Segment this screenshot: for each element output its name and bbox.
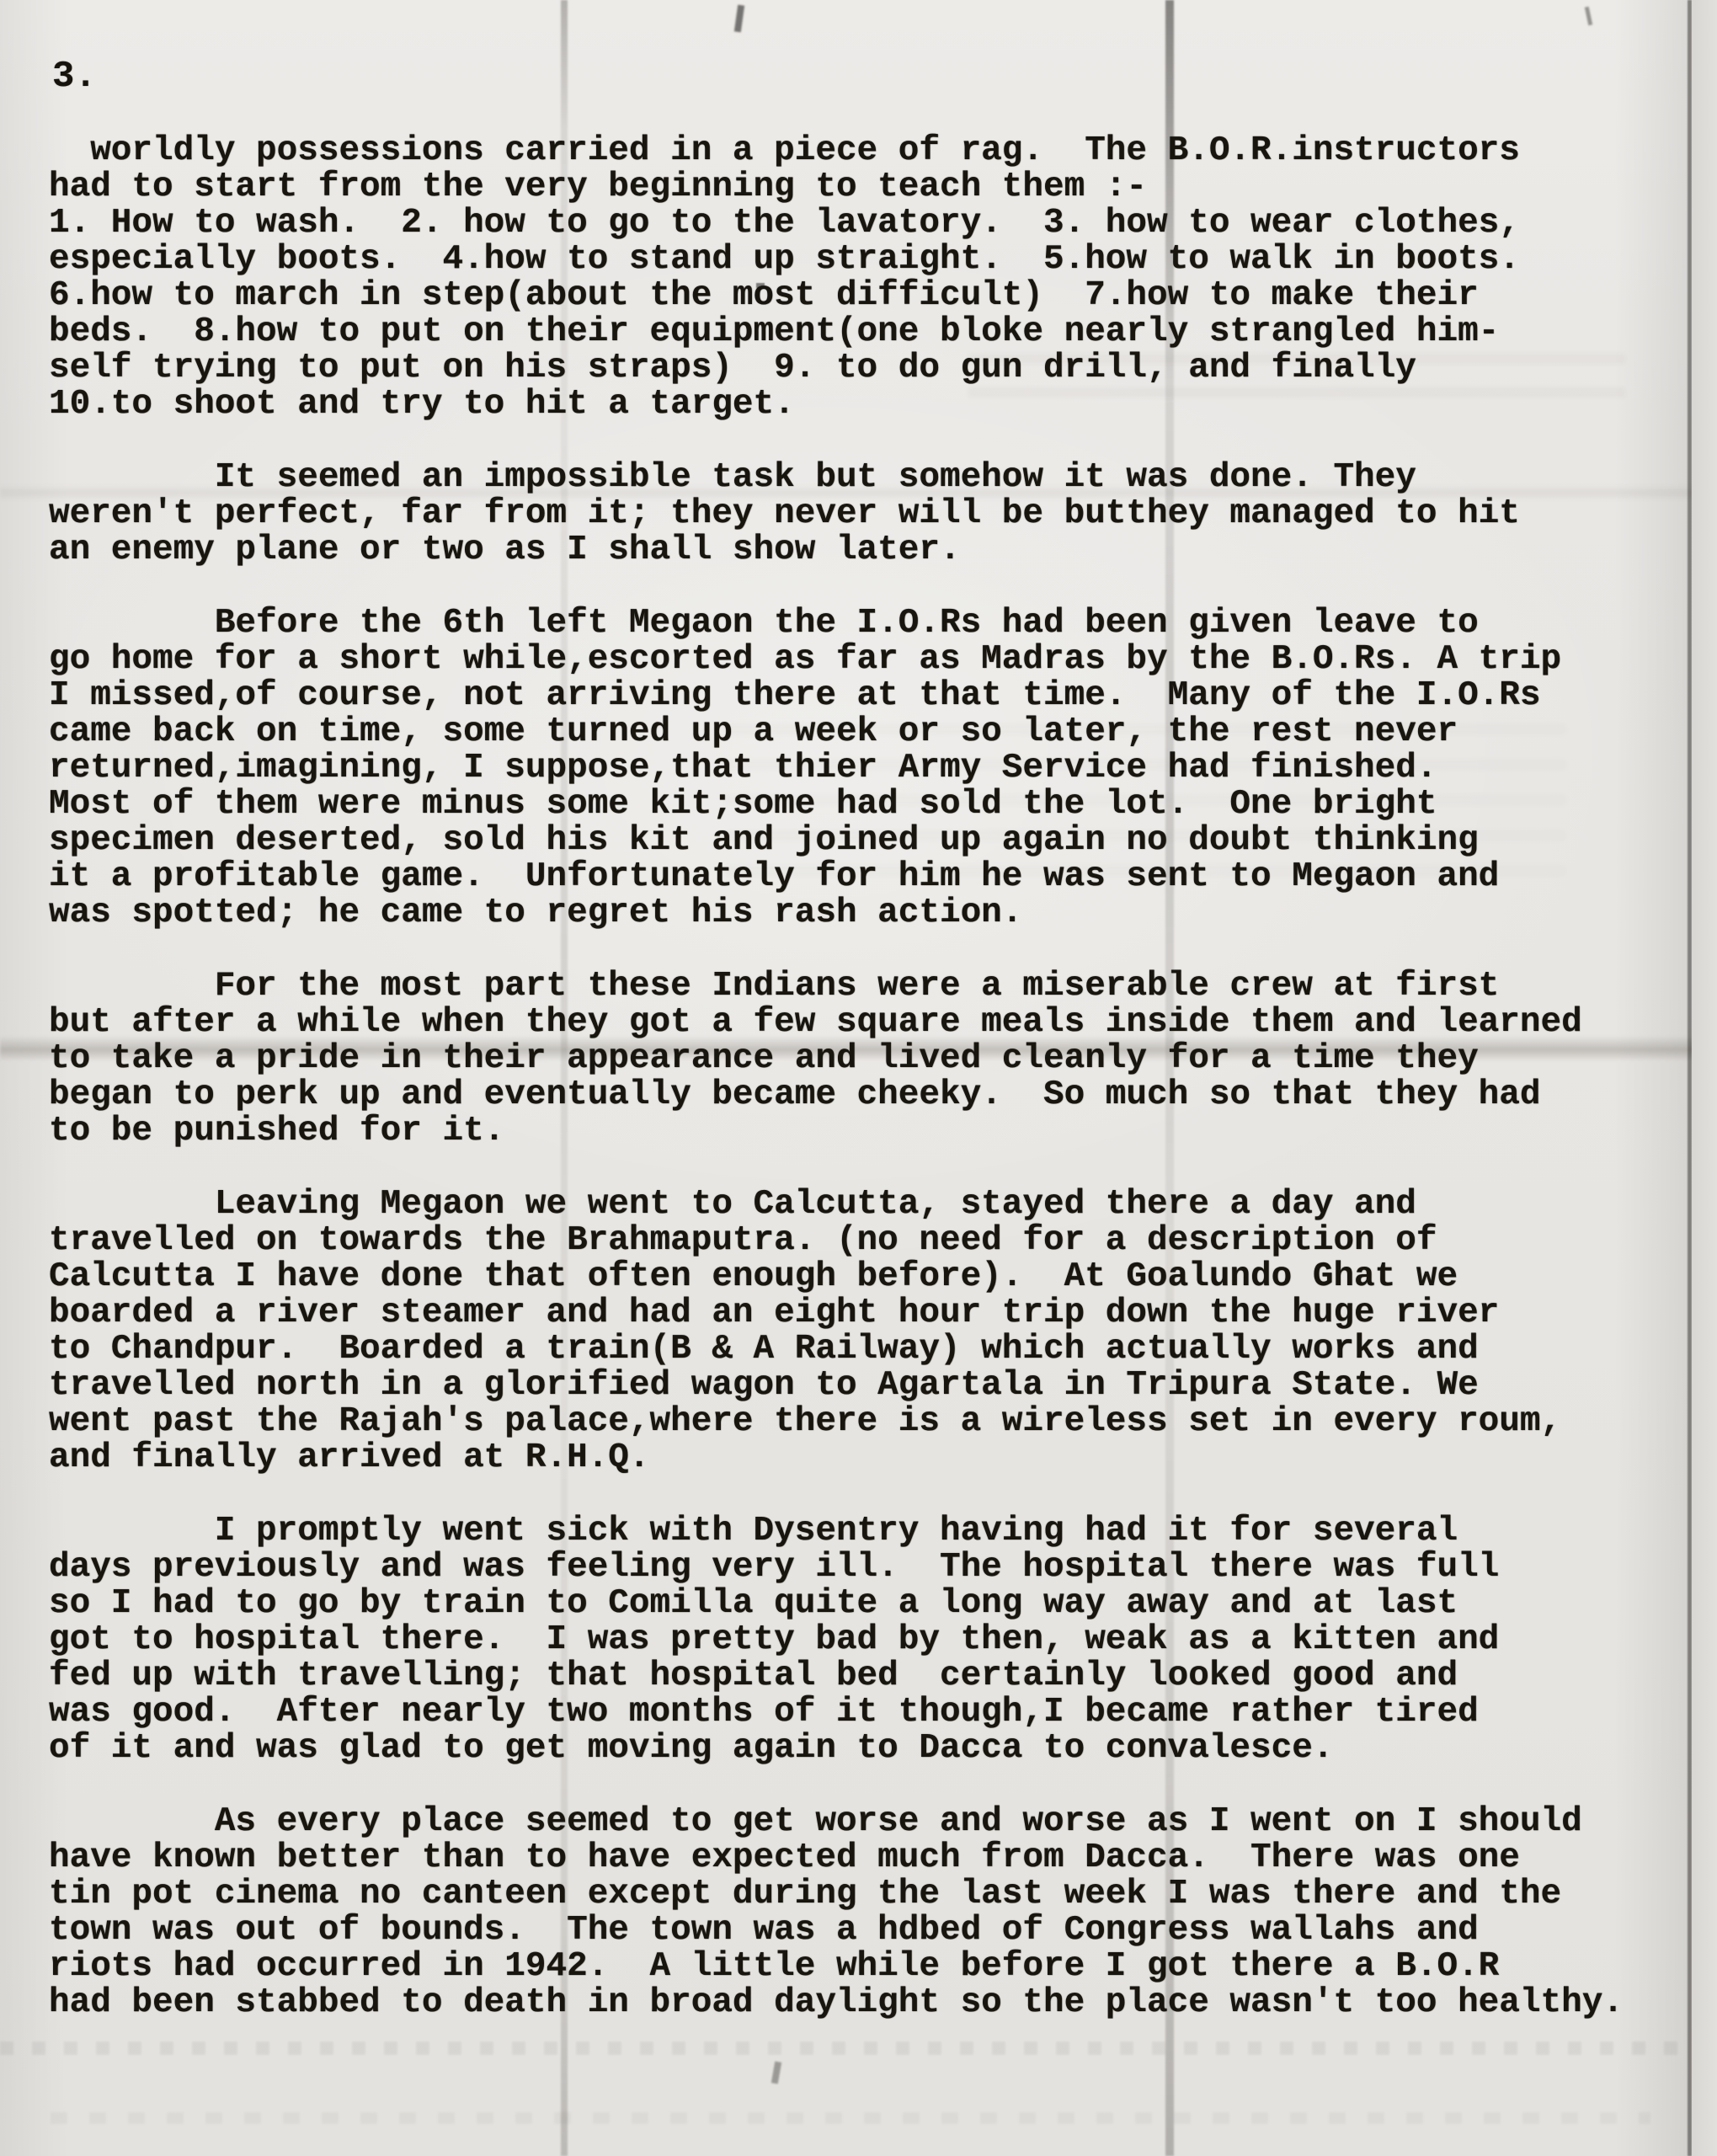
text-line: began to perk up and eventually became c… (49, 1077, 1691, 1113)
text-line: to take a pride in their appearance and … (49, 1041, 1691, 1077)
text-line: go home for a short while,escorted as fa… (49, 642, 1691, 678)
text-line: town was out of bounds. The town was a h… (49, 1913, 1691, 1949)
text-line: 6.how to march in step(about the most di… (49, 278, 1691, 314)
text-line: As every place seemed to get worse and w… (49, 1804, 1691, 1840)
paragraph: For the most part these Indians were a m… (49, 969, 1691, 1150)
text-line: Calcutta I have done that often enough b… (49, 1259, 1691, 1295)
text-line: Most of them were minus some kit;some ha… (49, 787, 1691, 823)
ghost-text-band (51, 2112, 1650, 2124)
text-line: Leaving Megaon we went to Calcutta, stay… (49, 1187, 1691, 1223)
text-line: especially boots. 4.how to stand up stra… (49, 242, 1691, 278)
paragraph: Before the 6th left Megaon the I.O.Rs ha… (49, 606, 1691, 931)
scan-edge-strip (1692, 0, 1717, 2156)
page-number: 3. (52, 56, 97, 98)
text-line: came back on time, some turned up a week… (49, 714, 1691, 750)
text-line: 1. How to wash. 2. how to go to the lava… (49, 205, 1691, 242)
text-line: to Chandpur. Boarded a train(B & A Railw… (49, 1331, 1691, 1368)
text-line: weren't perfect, far from it; they never… (49, 496, 1691, 532)
text-line: so I had to go by train to Comilla quite… (49, 1586, 1691, 1622)
scanned-typewritten-page: 3. worldly possessions carried in a piec… (0, 0, 1717, 2156)
text-line: riots had occurred in 1942. A little whi… (49, 1949, 1691, 1985)
paragraph: It seemed an impossible task but somehow… (49, 460, 1691, 568)
text-line: Before the 6th left Megaon the I.O.Rs ha… (49, 606, 1691, 642)
paragraph: I promptly went sick with Dysentry havin… (49, 1513, 1691, 1767)
text-line: to be punished for it. (49, 1113, 1691, 1150)
document-body: worldly possessions carried in a piece o… (49, 133, 1691, 2058)
paragraph: worldly possessions carried in a piece o… (49, 133, 1691, 423)
paragraph: Leaving Megaon we went to Calcutta, stay… (49, 1187, 1691, 1476)
text-line: fed up with travelling; that hospital be… (49, 1658, 1691, 1694)
text-line: but after a while when they got a few sq… (49, 1005, 1691, 1041)
text-line: days previously and was feeling very ill… (49, 1550, 1691, 1586)
scan-speck (1585, 7, 1592, 26)
text-line: worldly possessions carried in a piece o… (49, 133, 1691, 169)
text-line: returned,imagining, I suppose,that thier… (49, 750, 1691, 787)
text-line: got to hospital there. I was pretty bad … (49, 1622, 1691, 1658)
text-line: was spotted; he came to regret his rash … (49, 895, 1691, 931)
text-line: I missed,of course, not arriving there a… (49, 678, 1691, 714)
text-line: 10.to shoot and try to hit a target. (49, 387, 1691, 423)
text-line: It seemed an impossible task but somehow… (49, 460, 1691, 496)
text-line: an enemy plane or two as I shall show la… (49, 532, 1691, 568)
text-line: self trying to put on his straps) 9. to … (49, 350, 1691, 387)
text-line: had been stabbed to death in broad dayli… (49, 1985, 1691, 2021)
text-line: went past the Rajah's palace,where there… (49, 1404, 1691, 1440)
text-line: I promptly went sick with Dysentry havin… (49, 1513, 1691, 1550)
text-line: For the most part these Indians were a m… (49, 969, 1691, 1005)
text-line: tin pot cinema no canteen except during … (49, 1876, 1691, 1913)
text-line: boarded a river steamer and had an eight… (49, 1295, 1691, 1331)
scan-speck (771, 2062, 781, 2084)
text-line: travelled on towards the Brahmaputra. (n… (49, 1223, 1691, 1259)
text-line: specimen deserted, sold his kit and join… (49, 823, 1691, 859)
text-line: had to start from the very beginning to … (49, 169, 1691, 205)
scan-speck (734, 5, 744, 33)
text-line: have known better than to have expected … (49, 1840, 1691, 1876)
text-line: travelled north in a glorified wagon to … (49, 1368, 1691, 1404)
text-line: was good. After nearly two months of it … (49, 1694, 1691, 1731)
text-line: of it and was glad to get moving again t… (49, 1731, 1691, 1767)
text-line: and finally arrived at R.H.Q. (49, 1440, 1691, 1476)
paragraph: As every place seemed to get worse and w… (49, 1804, 1691, 2021)
text-line: beds. 8.how to put on their equipment(on… (49, 314, 1691, 350)
text-line: it a profitable game. Unfortunately for … (49, 859, 1691, 895)
